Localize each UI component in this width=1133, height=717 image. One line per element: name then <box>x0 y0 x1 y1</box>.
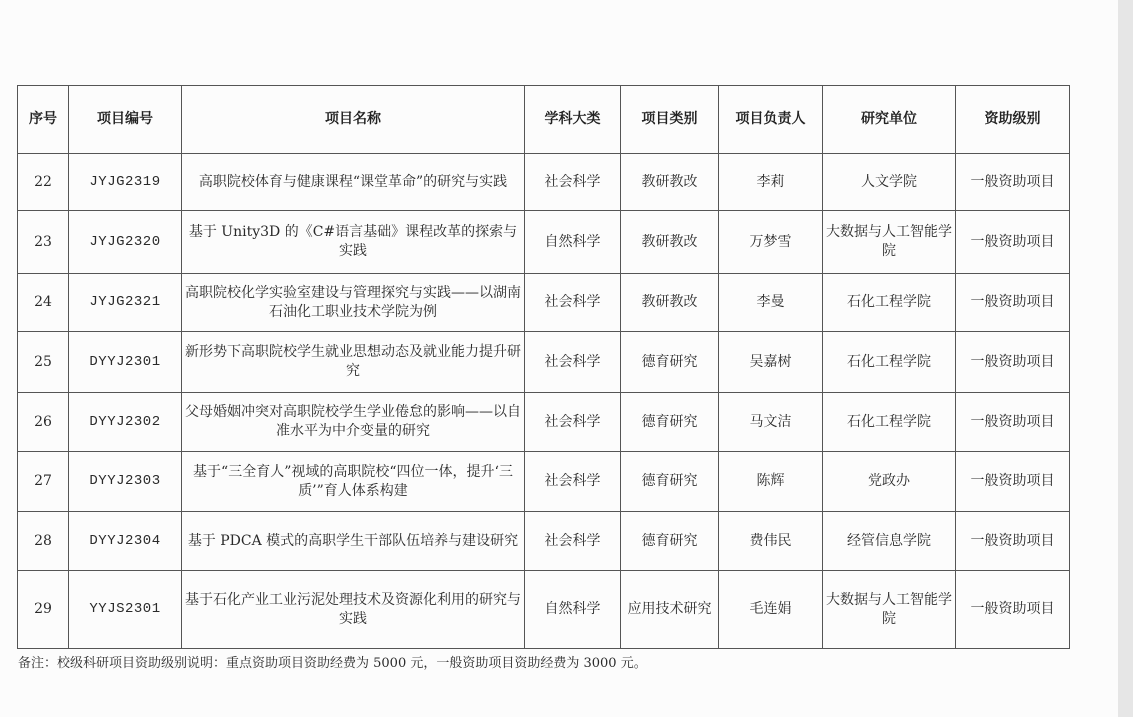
cell-category: 应用技术研究 <box>621 571 719 649</box>
table-header-row: 序号 项目编号 项目名称 学科大类 项目类别 项目负责人 研究单位 资助级别 <box>18 86 1070 154</box>
cell-unit: 经管信息学院 <box>823 512 956 571</box>
cell-discipline: 自然科学 <box>525 211 621 274</box>
cell-level: 一般资助项目 <box>956 393 1070 452</box>
table-row: 25 DYYJ2301 新形势下高职院校学生就业思想动态及就业能力提升研究 社会… <box>18 332 1070 393</box>
cell-discipline: 社会科学 <box>525 393 621 452</box>
cell-no: 29 <box>18 571 69 649</box>
cell-leader: 马文洁 <box>719 393 823 452</box>
cell-no: 23 <box>18 211 69 274</box>
right-margin-bar <box>1118 0 1133 717</box>
table-row: 27 DYYJ2303 基于“三全育人”视域的高职院校“四位一体，提升‘三质’”… <box>18 452 1070 512</box>
cell-name: 基于“三全育人”视域的高职院校“四位一体，提升‘三质’”育人体系构建 <box>182 452 525 512</box>
cell-unit: 石化工程学院 <box>823 274 956 332</box>
table-row: 28 DYYJ2304 基于 PDCA 模式的高职学生干部队伍培养与建设研究 社… <box>18 512 1070 571</box>
header-leader: 项目负责人 <box>719 86 823 154</box>
cell-no: 24 <box>18 274 69 332</box>
cell-category: 德育研究 <box>621 452 719 512</box>
document-page: 序号 项目编号 项目名称 学科大类 项目类别 项目负责人 研究单位 资助级别 2… <box>0 0 1118 717</box>
cell-code: DYYJ2301 <box>69 332 182 393</box>
cell-leader: 李莉 <box>719 154 823 211</box>
cell-category: 德育研究 <box>621 512 719 571</box>
header-discipline: 学科大类 <box>525 86 621 154</box>
cell-name: 高职院校体育与健康课程“课堂革命”的研究与实践 <box>182 154 525 211</box>
cell-level: 一般资助项目 <box>956 154 1070 211</box>
table-row: 22 JYJG2319 高职院校体育与健康课程“课堂革命”的研究与实践 社会科学… <box>18 154 1070 211</box>
cell-code: DYYJ2304 <box>69 512 182 571</box>
cell-leader: 李曼 <box>719 274 823 332</box>
cell-discipline: 社会科学 <box>525 154 621 211</box>
cell-category: 德育研究 <box>621 332 719 393</box>
cell-code: YYJS2301 <box>69 571 182 649</box>
cell-no: 26 <box>18 393 69 452</box>
cell-level: 一般资助项目 <box>956 274 1070 332</box>
cell-category: 教研教改 <box>621 154 719 211</box>
cell-no: 27 <box>18 452 69 512</box>
cell-category: 教研教改 <box>621 211 719 274</box>
cell-no: 25 <box>18 332 69 393</box>
table-row: 29 YYJS2301 基于石化产业工业污泥处理技术及资源化利用的研究与实践 自… <box>18 571 1070 649</box>
cell-leader: 吴嘉树 <box>719 332 823 393</box>
cell-unit: 党政办 <box>823 452 956 512</box>
cell-leader: 费伟民 <box>719 512 823 571</box>
cell-category: 教研教改 <box>621 274 719 332</box>
cell-level: 一般资助项目 <box>956 512 1070 571</box>
cell-code: JYJG2319 <box>69 154 182 211</box>
cell-code: JYJG2320 <box>69 211 182 274</box>
project-table: 序号 项目编号 项目名称 学科大类 项目类别 项目负责人 研究单位 资助级别 2… <box>17 85 1070 649</box>
cell-unit: 石化工程学院 <box>823 393 956 452</box>
cell-level: 一般资助项目 <box>956 571 1070 649</box>
cell-no: 22 <box>18 154 69 211</box>
header-name: 项目名称 <box>182 86 525 154</box>
cell-leader: 毛连娟 <box>719 571 823 649</box>
cell-discipline: 社会科学 <box>525 512 621 571</box>
header-category: 项目类别 <box>621 86 719 154</box>
cell-code: JYJG2321 <box>69 274 182 332</box>
cell-name: 基于石化产业工业污泥处理技术及资源化利用的研究与实践 <box>182 571 525 649</box>
cell-code: DYYJ2303 <box>69 452 182 512</box>
header-no: 序号 <box>18 86 69 154</box>
cell-discipline: 社会科学 <box>525 332 621 393</box>
cell-discipline: 自然科学 <box>525 571 621 649</box>
cell-discipline: 社会科学 <box>525 274 621 332</box>
cell-leader: 陈辉 <box>719 452 823 512</box>
cell-unit: 大数据与人工智能学院 <box>823 211 956 274</box>
cell-unit: 人文学院 <box>823 154 956 211</box>
header-level: 资助级别 <box>956 86 1070 154</box>
cell-name: 高职院校化学实验室建设与管理探究与实践——以湖南石油化工职业技术学院为例 <box>182 274 525 332</box>
cell-name: 新形势下高职院校学生就业思想动态及就业能力提升研究 <box>182 332 525 393</box>
header-unit: 研究单位 <box>823 86 956 154</box>
cell-unit: 大数据与人工智能学院 <box>823 571 956 649</box>
cell-leader: 万梦雪 <box>719 211 823 274</box>
cell-name: 基于 PDCA 模式的高职学生干部队伍培养与建设研究 <box>182 512 525 571</box>
cell-name: 父母婚姻冲突对高职院校学生学业倦怠的影响——以自准水平为中介变量的研究 <box>182 393 525 452</box>
cell-level: 一般资助项目 <box>956 211 1070 274</box>
cell-name: 基于 Unity3D 的《C#语言基础》课程改革的探索与实践 <box>182 211 525 274</box>
cell-discipline: 社会科学 <box>525 452 621 512</box>
header-code: 项目编号 <box>69 86 182 154</box>
cell-no: 28 <box>18 512 69 571</box>
table-row: 23 JYJG2320 基于 Unity3D 的《C#语言基础》课程改革的探索与… <box>18 211 1070 274</box>
cell-level: 一般资助项目 <box>956 332 1070 393</box>
cell-category: 德育研究 <box>621 393 719 452</box>
cell-level: 一般资助项目 <box>956 452 1070 512</box>
footnote: 备注：校级科研项目资助级别说明：重点资助项目资助经费为 5000 元，一般资助项… <box>18 652 647 671</box>
cell-code: DYYJ2302 <box>69 393 182 452</box>
table-row: 24 JYJG2321 高职院校化学实验室建设与管理探究与实践——以湖南石油化工… <box>18 274 1070 332</box>
table-row: 26 DYYJ2302 父母婚姻冲突对高职院校学生学业倦怠的影响——以自准水平为… <box>18 393 1070 452</box>
cell-unit: 石化工程学院 <box>823 332 956 393</box>
